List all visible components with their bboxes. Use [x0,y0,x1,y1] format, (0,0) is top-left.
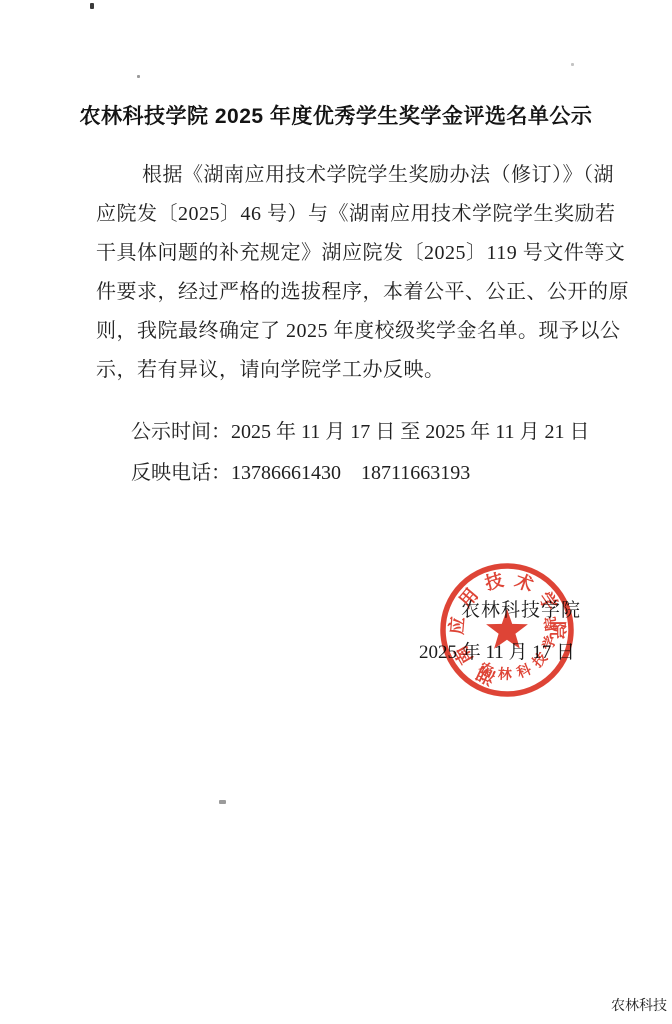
scan-speck [219,800,226,804]
scan-speck [571,63,574,66]
seal-star-icon [486,609,528,649]
body-line: 件要求，经过严格的选拔程序，本着公平、公正、公开的原 [96,273,582,312]
notice-details: 公示时间：2025 年 11 月 17 日 至 2025 年 11 月 21 日… [131,412,590,494]
corner-watermark: 农林科技 [611,995,667,1015]
document-page: 农林科技学院 2025 年度优秀学生奖学金评选名单公示 根据《湖南应用技术学院学… [0,0,672,1024]
scan-speck [90,3,94,9]
body-line: 应院发〔2025〕46 号）与《湖南应用技术学院学生奖励若 [96,195,582,234]
scan-speck [137,75,140,78]
body-line: 示，若有异议，请向学院学工办反映。 [96,351,582,390]
body-line: 干具体问题的补充规定》湖应院发〔2025〕119 号文件等文 [96,234,582,273]
svg-text:技: 技 [528,649,550,671]
svg-text:科: 科 [514,660,534,681]
feedback-phone: 反映电话：13786661430 18711663193 [131,453,590,494]
official-seal: 湖南应用技术学院 农林科技学院 [435,558,579,702]
document-title: 农林科技学院 2025 年度优秀学生奖学金评选名单公示 [0,100,672,130]
body-line: 则，我院最终确定了 2025 年度校级奖学金名单。现予以公 [96,312,582,351]
svg-text:林: 林 [498,666,514,683]
svg-text:应: 应 [445,616,467,636]
publicity-period: 公示时间：2025 年 11 月 17 日 至 2025 年 11 月 21 日 [131,412,590,453]
svg-text:院: 院 [542,616,560,632]
body-line: 根据《湖南应用技术学院学生奖励办法（修订）》（湖 [96,156,582,195]
document-body: 根据《湖南应用技术学院学生奖励办法（修订）》（湖 应院发〔2025〕46 号）与… [96,156,582,390]
